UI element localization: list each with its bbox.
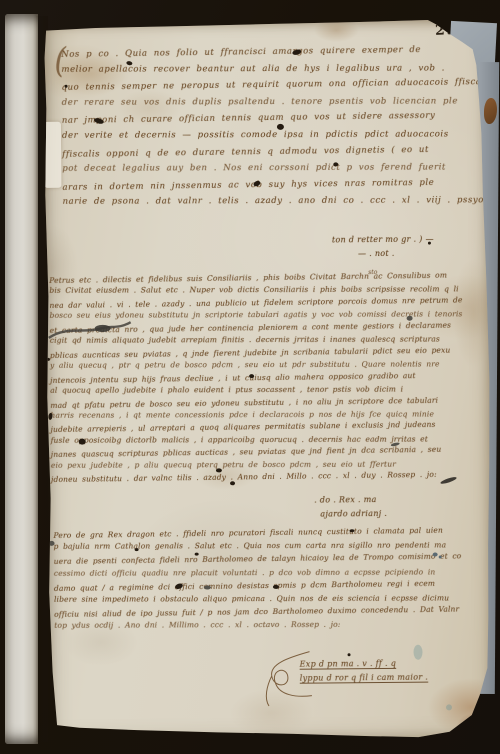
ink-blot — [428, 242, 431, 245]
ink-blot — [348, 653, 351, 656]
ink-blot — [135, 548, 139, 551]
scribal-note-1: ton d retter mo gr . ) —— . not . — [332, 233, 434, 261]
ink-blot — [277, 124, 284, 130]
ink-blot — [333, 162, 338, 166]
damp-stain — [456, 712, 500, 740]
ink-blot — [273, 585, 279, 589]
ink-blot — [230, 481, 235, 485]
manuscript-text-line: ajardo adrianj . — [320, 506, 387, 520]
facing-page-edge — [5, 14, 38, 744]
ink-blot — [439, 555, 442, 558]
ink-blot — [195, 553, 199, 556]
entry-paragraph-1: Nos p co . Quia nos folio ut ffrancisci … — [61, 42, 462, 211]
manuscript-text-line: Exp d pn ma . v . ff . q — [300, 657, 429, 672]
ink-blot — [79, 439, 86, 445]
ink-blot — [49, 541, 55, 546]
ink-blot — [216, 468, 222, 472]
ink-blot — [349, 529, 354, 532]
manuscript-page: 29 ( Nos p co . Quia nos folio ut ffranc… — [42, 18, 494, 744]
manuscript-text-line: narie de psona . dat valnr . telis . aza… — [63, 193, 463, 211]
manuscript-text-line: top ydus ocdij . Ano dni . Millimo . ccc… — [54, 618, 474, 633]
repair-patch — [44, 122, 62, 188]
ink-blot — [407, 316, 413, 321]
ink-blot — [65, 85, 68, 88]
ink-blot — [249, 374, 254, 378]
mineral-fleck — [446, 704, 452, 710]
entry-paragraph-2: Petrus etc . dilectis et fidelibus suis … — [49, 270, 481, 485]
manuscript-text-line: . do . Rex . ma — [314, 493, 387, 507]
manuscript-photo: 29 ( Nos p co . Quia nos folio ut ffranc… — [0, 0, 500, 754]
scribal-note-2: . do . Rex . maajardo adrianj . — [314, 493, 387, 521]
manuscript-text-line: — . not . — [358, 246, 434, 260]
registration-note: Exp d pn ma . v . ff . qlyppu d ror q fi… — [300, 657, 429, 685]
ink-blot — [433, 553, 438, 557]
entry-paragraph-3: Pero de gra Rex dragon etc . ffideli nro… — [53, 524, 474, 633]
ink-blot — [204, 585, 211, 589]
manuscript-text-line: ton d retter mo gr . ) — — [332, 233, 434, 247]
manuscript-text-line: lyppu d ror q fil i cam maior . — [300, 670, 429, 685]
